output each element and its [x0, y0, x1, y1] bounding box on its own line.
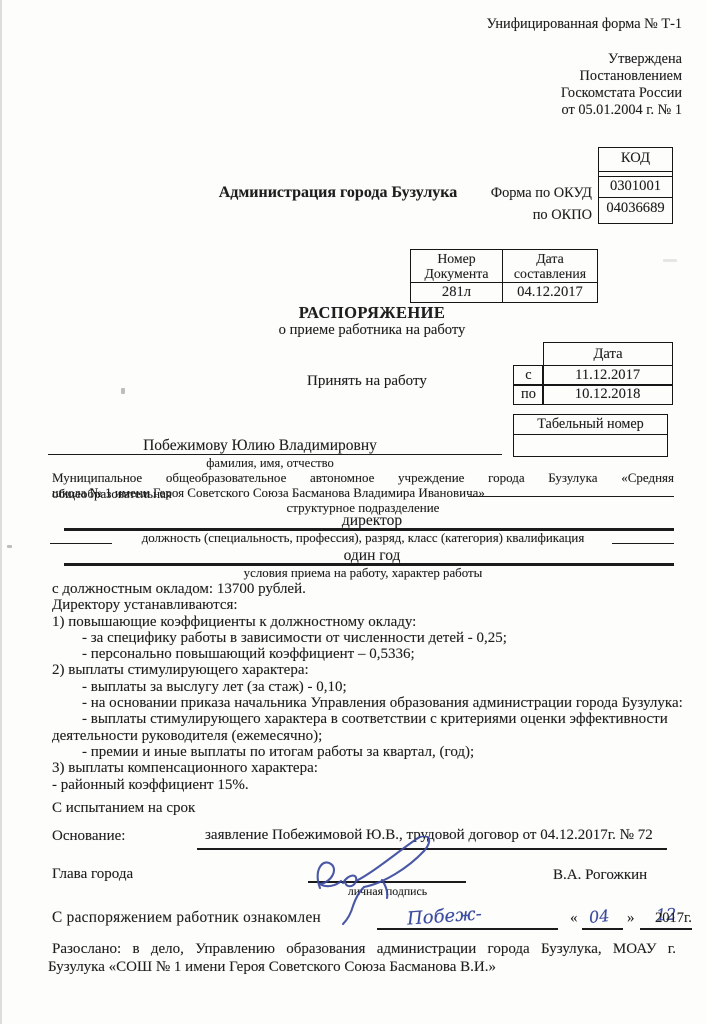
personnel-number-box: Табельный номер — [513, 414, 668, 457]
doc-number-table: Номер Документа Дата составления 281л 04… — [410, 249, 598, 303]
day-handwriting: 04 — [588, 906, 610, 927]
acknowledgement-label: С распоряжением работник ознакомлен — [52, 909, 321, 927]
code-table-header: КОД — [599, 148, 672, 172]
term-caption: условия приема на работу, характер работ… — [52, 566, 674, 581]
scan-speck — [121, 388, 125, 394]
condition-line: с должностным окладом: 13700 рублей. — [52, 581, 676, 597]
conditions-block: с должностным окладом: 13700 рублей. Дир… — [52, 581, 676, 793]
approval-block: Утверждена Постановлением Госкомстата Ро… — [380, 51, 682, 119]
form-reference: Унифицированная форма № Т-1 — [380, 16, 682, 33]
unit-name-line2: школа № 1 имени Героя Советского Союза Б… — [52, 485, 485, 501]
scan-edge-artifact — [0, 0, 2, 1024]
month-rule — [640, 928, 692, 930]
unit-rule — [468, 496, 674, 497]
doc-date-value: 04.12.2017 — [503, 283, 598, 303]
okud-code-cell: 0301001 — [599, 176, 672, 198]
condition-line: 2) выплаты стимулирующего характера: — [52, 662, 676, 678]
condition-line: - персонально повышающий коэффициент – 0… — [52, 646, 676, 662]
signer-name: В.А. Рогожкин — [553, 867, 647, 884]
scan-speck — [663, 259, 677, 262]
probation-label: С испытанием на срок — [52, 800, 195, 817]
document-title: РАСПОРЯЖЕНИЕ — [52, 303, 692, 323]
approval-line: Постановлением — [380, 68, 682, 85]
approval-line: Госкомстата России — [380, 85, 682, 102]
condition-line: 1) повышающие коэффициенты к должностном… — [52, 614, 676, 630]
condition-line: - премии и иные выплаты по итогам работы… — [52, 744, 676, 760]
scanned-document-page: Унифицированная форма № Т-1 Утверждена П… — [0, 0, 707, 1024]
position-caption: должность (специальность, профессия), ра… — [52, 531, 674, 546]
signer-role: Глава города — [52, 866, 133, 883]
fio-caption: фамилия, имя, отчество — [110, 456, 430, 471]
head-signature-handwriting — [296, 836, 474, 926]
scan-speck — [7, 545, 12, 548]
condition-line: Директору устанавливаются: — [52, 597, 676, 613]
condition-line: - за специфику работы в зависимости от ч… — [52, 630, 676, 646]
condition-line: - выплаты за выслугу лет (за стаж) - 0,1… — [52, 679, 676, 695]
distribution-line2: Бузулука «СОШ № 1 имени Героя Советского… — [48, 959, 496, 976]
hire-to-date: 10.12.2018 — [542, 384, 673, 405]
code-table: КОД 0301001 04036689 — [598, 147, 673, 224]
position-caption-rule-left — [50, 543, 112, 544]
okud-label: Форма по ОКУД — [420, 185, 592, 202]
doc-date-header: Дата составления — [503, 249, 598, 283]
document-subtitle: о приеме работника на работу — [52, 322, 692, 339]
condition-line: деятельности руководителя (ежемесячно); — [52, 728, 676, 744]
approval-line: от 05.01.2004 г. № 1 — [380, 102, 682, 119]
close-quote: » — [627, 910, 635, 927]
condition-line: - районный коэффициент 15%. — [52, 777, 676, 793]
personnel-number-label: Табельный номер — [514, 415, 667, 435]
employee-fio: Побежимову Юлию Владимировну — [80, 437, 440, 455]
hire-from-label: с — [513, 365, 544, 386]
condition-line: 3) выплаты компенсационного характера: — [52, 760, 676, 776]
hire-to-label: по — [513, 384, 544, 405]
day-rule — [582, 928, 623, 930]
fio-rule — [48, 454, 502, 456]
acknowledgement-signature-rule — [377, 928, 558, 930]
year-label: 2017г. — [655, 910, 692, 927]
approval-line: Утверждена — [380, 51, 682, 68]
condition-line: - на основании приказа начальника Управл… — [52, 695, 676, 711]
hire-action-label: Принять на работу — [307, 373, 427, 390]
okpo-label: по ОКПО — [420, 207, 592, 224]
hire-date-header: Дата — [543, 342, 673, 366]
hire-from-date: 11.12.2017 — [542, 365, 673, 386]
condition-line: - выплаты стимулирующего характера в соо… — [52, 711, 676, 727]
doc-number-header: Номер Документа — [410, 249, 503, 283]
basis-label: Основание: — [52, 828, 125, 845]
open-quote: « — [570, 910, 578, 927]
doc-number-value: 281л — [410, 283, 503, 303]
distribution-line1: Разослано: в дело, Управлению образовани… — [52, 941, 676, 958]
position-caption-rule-right — [612, 543, 674, 544]
okpo-code-cell: 04036689 — [599, 198, 672, 220]
